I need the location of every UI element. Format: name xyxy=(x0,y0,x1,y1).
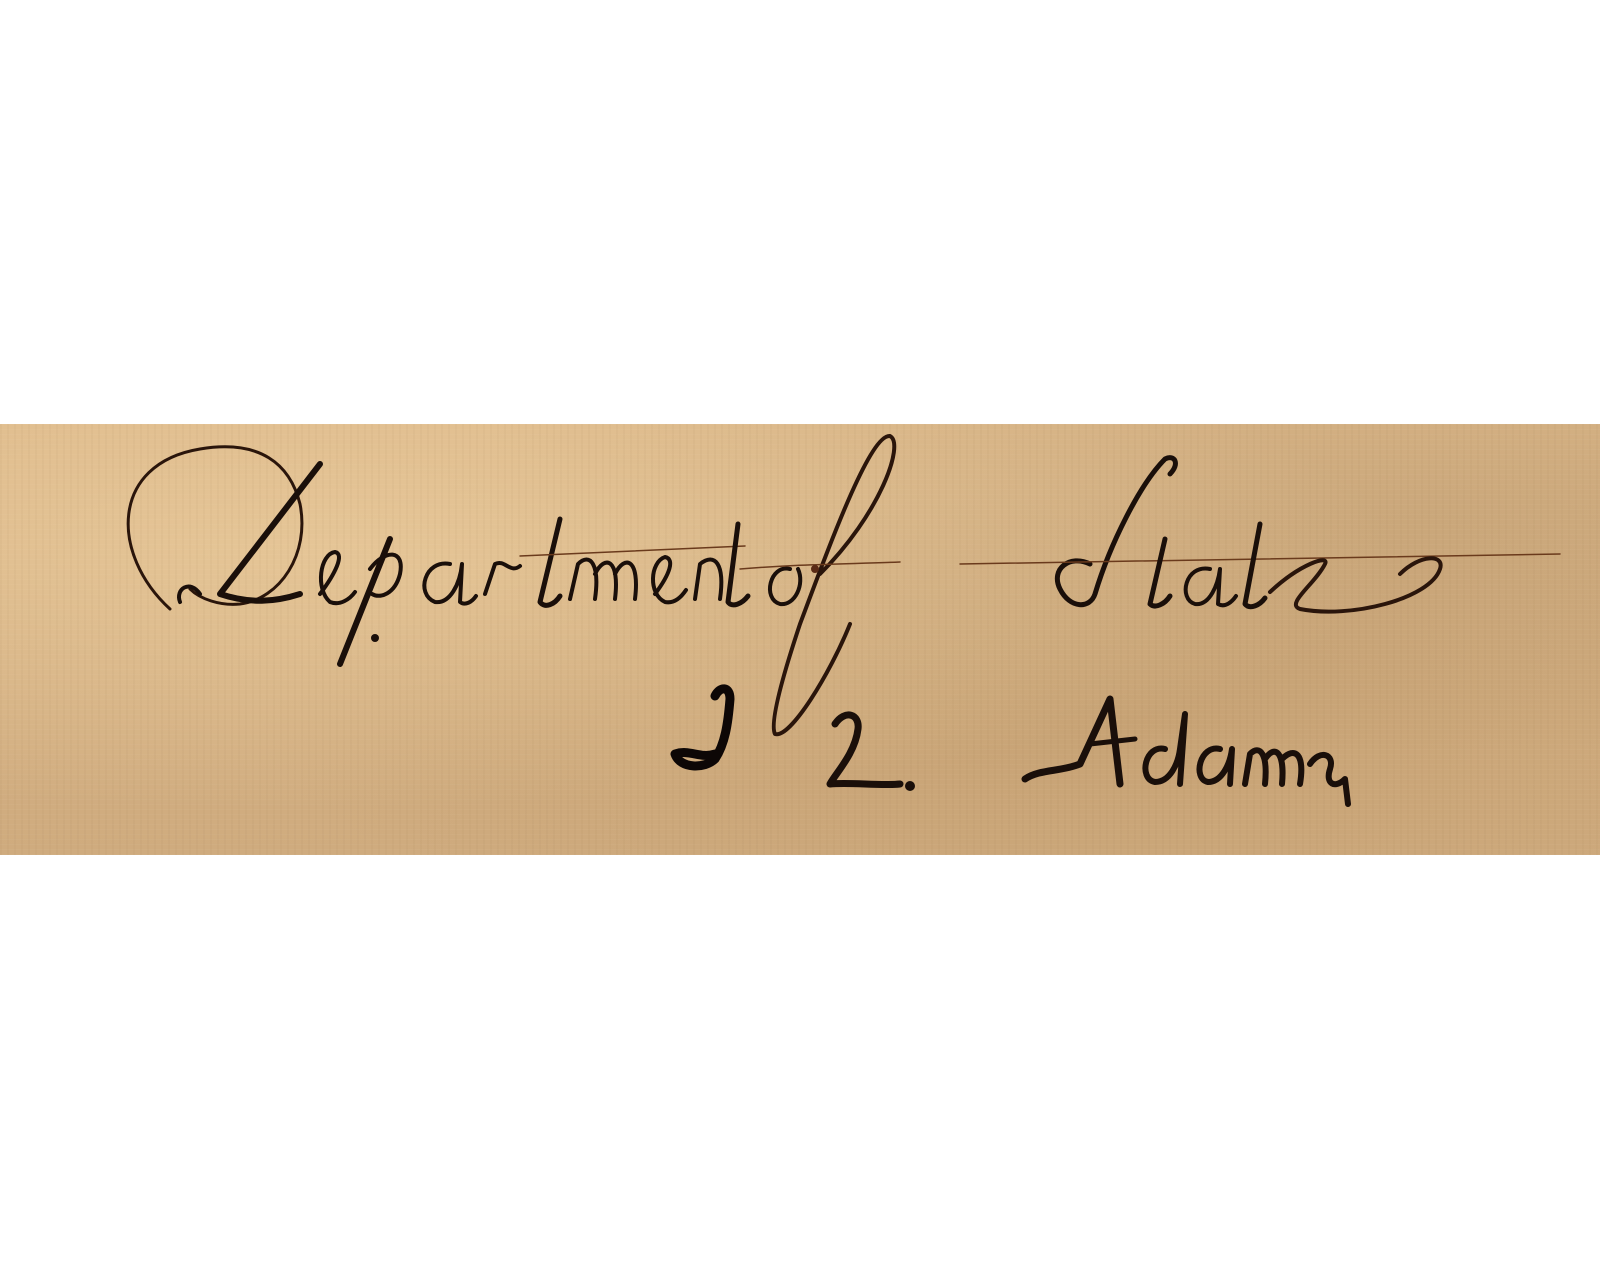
handwriting xyxy=(0,424,1600,855)
